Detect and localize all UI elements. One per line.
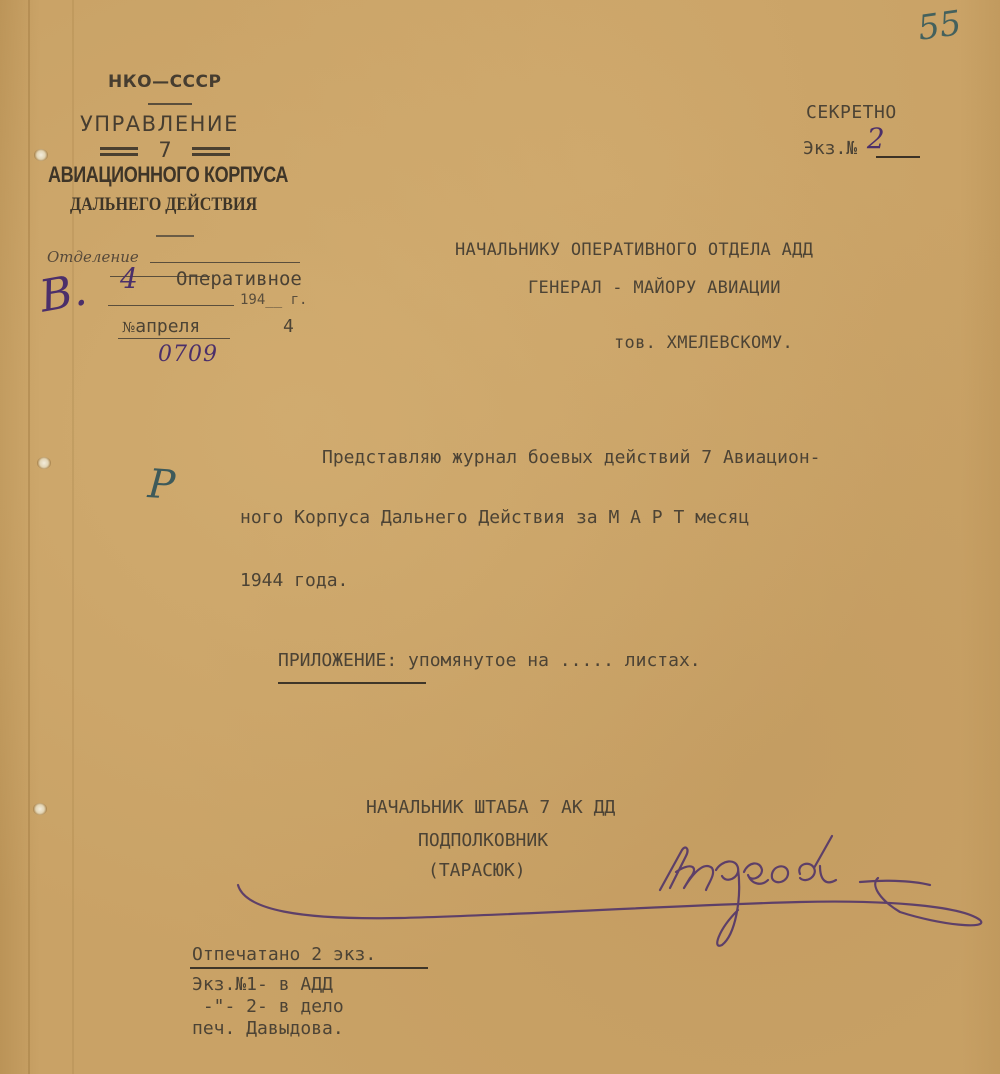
handwritten-signature — [0, 0, 1000, 1074]
footer-copy-2: -"- 2- в дело — [192, 996, 344, 1017]
footer-copy-1: Экз.№1- в АДД — [192, 974, 333, 995]
footer-typist: печ. Давыдова. — [192, 1018, 344, 1039]
footer-copies-printed: Отпечатано 2 экз. — [192, 944, 376, 965]
footer-underline — [190, 967, 428, 969]
